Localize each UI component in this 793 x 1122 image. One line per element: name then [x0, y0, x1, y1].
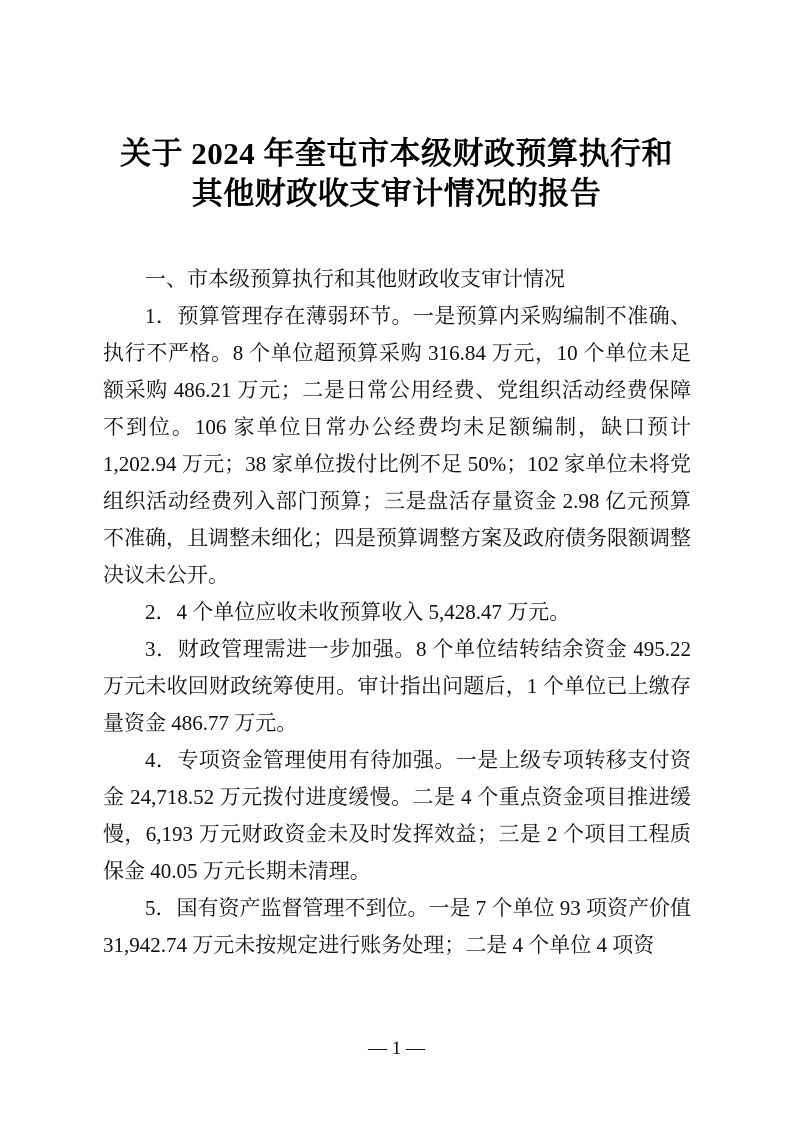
document-title: 关于 2024 年奎屯市本级财政预算执行和 其他财政收支审计情况的报告 — [60, 134, 733, 214]
document-title-line-1: 关于 2024 年奎屯市本级财政预算执行和 — [120, 136, 673, 171]
paragraph-3: 3．财政管理需进一步加强。8 个单位结转结余资金 495.22 万元未收回财政统… — [103, 631, 691, 742]
section-heading: 一、市本级预算执行和其他财政收支审计情况 — [103, 261, 691, 298]
page-footer: — 1 — — [0, 1034, 793, 1064]
paragraph-2: 2．4 个单位应收未收预算收入 5,428.47 万元。 — [103, 594, 691, 631]
paragraph-4: 4．专项资金管理使用有待加强。一是上级专项转移支付资金 24,718.52 万元… — [103, 742, 691, 890]
document-body: 一、市本级预算执行和其他财政收支审计情况 1．预算管理存在薄弱环节。一是预算内采… — [103, 261, 691, 964]
document-title-line-2: 其他财政收支审计情况的报告 — [192, 176, 602, 211]
paragraph-5: 5．国有资产监督管理不到位。一是 7 个单位 93 项资产价值 31,942.7… — [103, 890, 691, 964]
paragraph-1: 1．预算管理存在薄弱环节。一是预算内采购编制不准确、执行不严格。8 个单位超预算… — [103, 298, 691, 594]
page-number: — 1 — — [368, 1038, 425, 1059]
document-page: 关于 2024 年奎屯市本级财政预算执行和 其他财政收支审计情况的报告 一、市本… — [0, 0, 793, 1122]
